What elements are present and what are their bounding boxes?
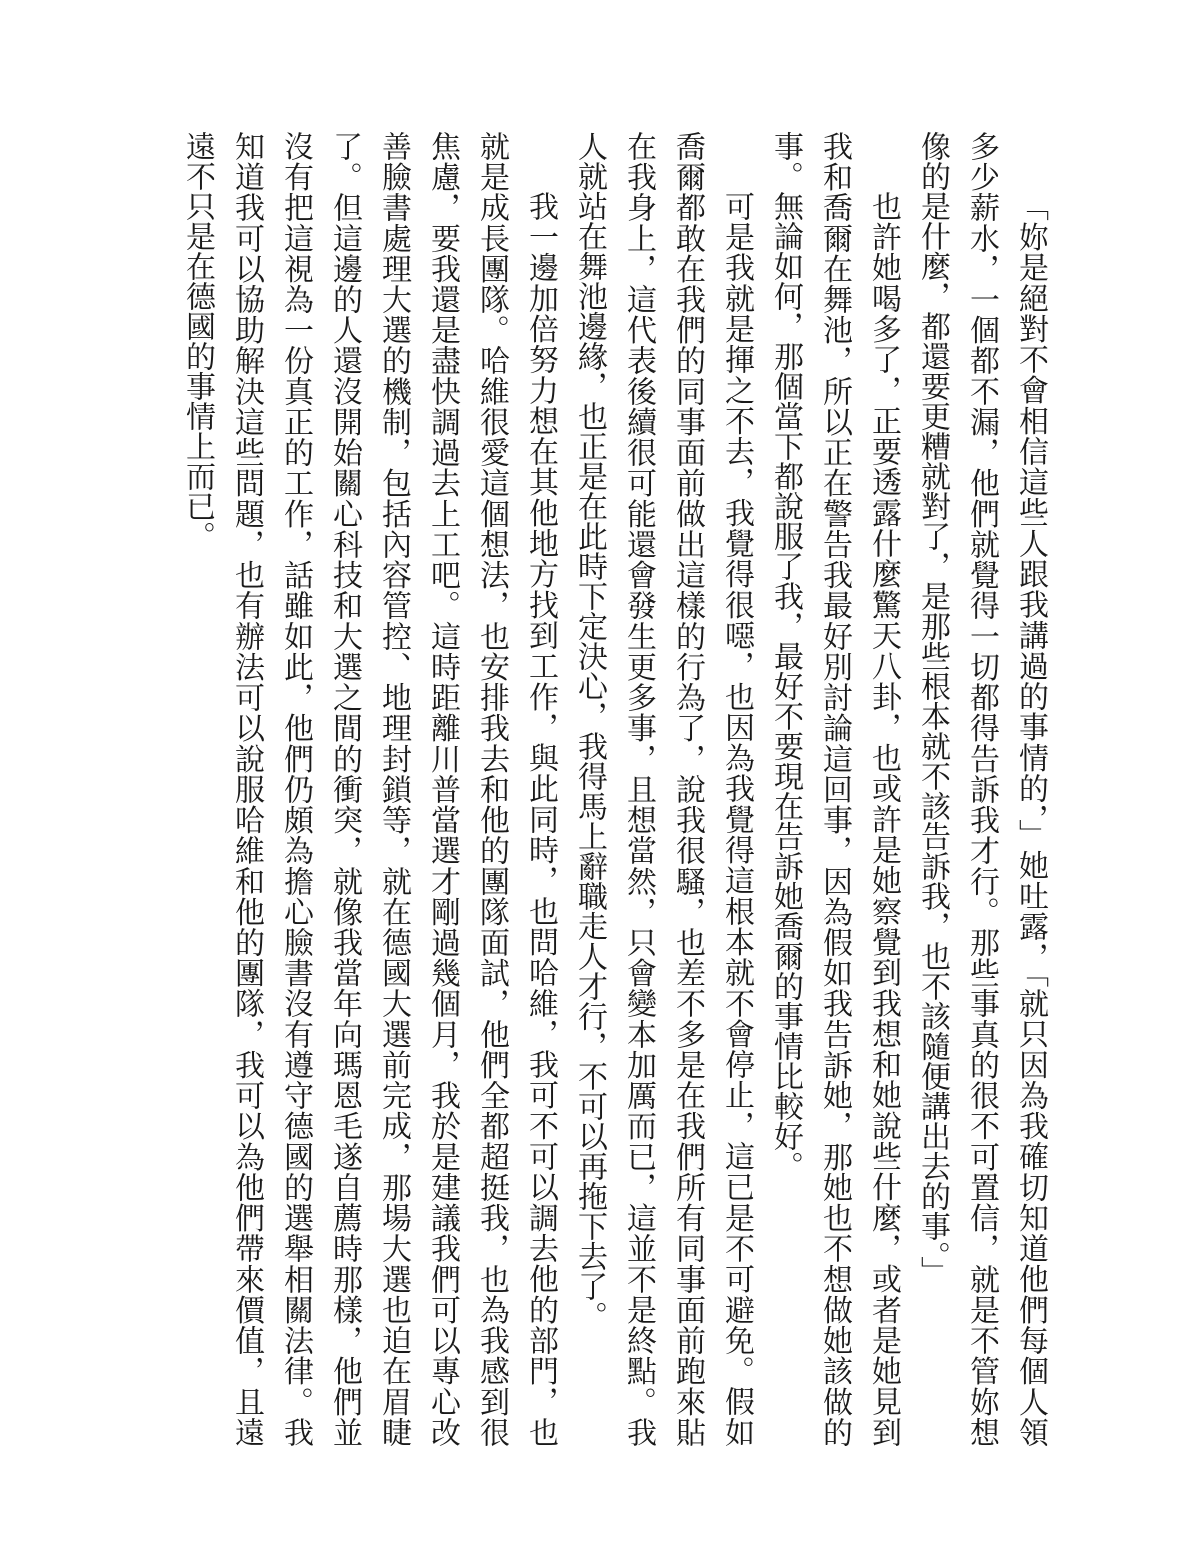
paragraph-2: 也許她喝多了，正要透露什麼驚天八卦，也或許是她察覺到我想和她說些什麼，或者是她見… (761, 131, 908, 1447)
paragraph-1: 「妳是絕對不會相信這些人跟我講過的事情的，」她吐露，「就只因為我確切知道他們每個… (908, 131, 1055, 1447)
paragraph-4: 我一邊加倍努力想在其他地方找到工作，與此同時，也問哈維，我可不可以調去他的部門，… (173, 131, 565, 1447)
book-page: 「妳是絕對不會相信這些人跟我講過的事情的，」她吐露，「就只因為我確切知道他們每個… (0, 0, 1200, 1553)
vertical-text-block: 「妳是絕對不會相信這些人跟我講過的事情的，」她吐露，「就只因為我確切知道他們每個… (173, 131, 1055, 1447)
paragraph-3: 可是我就是揮之不去，我覺得很噁，也因為我覺得這根本就不會停止，這已是不可避免。假… (565, 131, 761, 1447)
